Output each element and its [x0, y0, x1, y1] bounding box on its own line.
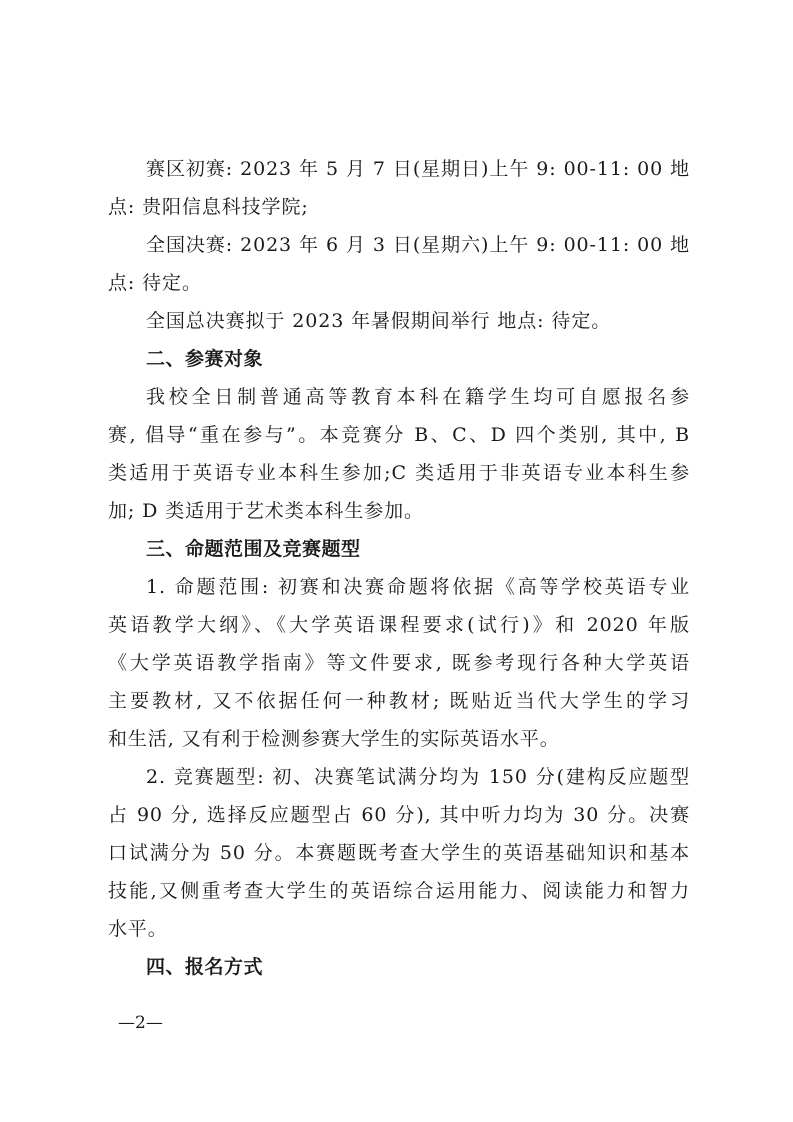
schedule-regional-prelim: 赛区初赛: 2023 年 5 月 7 日(星期日)上午 9: 00-11: 00…: [108, 150, 690, 188]
paragraph-line: 《大学英语教学指南》等文件要求, 既参考现行各种大学英语: [108, 644, 690, 682]
paragraph-line: 水平。: [108, 910, 690, 948]
paragraph-line: 技能,又侧重考查大学生的英语综合运用能力、阅读能力和智力: [108, 872, 690, 910]
paragraph-line: 赛, 倡导“重在参与”。本竞赛分 B、C、D 四个类别, 其中, B: [108, 416, 690, 454]
page-number: —2—: [118, 1013, 163, 1033]
schedule-national-final-location: 点: 待定。: [108, 264, 690, 302]
schedule-grand-final: 全国总决赛拟于 2023 年暑假期间举行 地点: 待定。: [108, 302, 690, 340]
paragraph-line: 类适用于英语专业本科生参加;C 类适用于非英语专业本科生参: [108, 454, 690, 492]
paragraph-line: 加; D 类适用于艺术类本科生参加。: [108, 492, 690, 530]
paragraph-line: 我校全日制普通高等教育本科在籍学生均可自愿报名参: [108, 378, 690, 416]
paragraph-line: 和生活, 又有利于检测参赛大学生的实际英语水平。: [108, 720, 690, 758]
section-heading-scope: 三、命题范围及竞赛题型: [108, 530, 690, 568]
paragraph-line: 1. 命题范围: 初赛和决赛命题将依据《高等学校英语专业: [108, 568, 690, 606]
paragraph-line: 占 90 分, 选择反应题型占 60 分), 其中听力均为 30 分。决赛: [108, 796, 690, 834]
paragraph-line: 英语教学大纲》、《大学英语课程要求(试行)》和 2020 年版: [108, 606, 690, 644]
paragraph-line: 2. 竞赛题型: 初、决赛笔试满分均为 150 分(建构反应题型: [108, 758, 690, 796]
section-heading-registration: 四、报名方式: [108, 948, 690, 986]
schedule-regional-prelim-location: 点: 贵阳信息科技学院;: [108, 188, 690, 226]
schedule-national-final: 全国决赛: 2023 年 6 月 3 日(星期六)上午 9: 00-11: 00…: [108, 226, 690, 264]
paragraph-line: 口试满分为 50 分。本赛题既考查大学生的英语基础知识和基本: [108, 834, 690, 872]
paragraph-line: 主要教材, 又不依据任何一种教材; 既贴近当代大学生的学习: [108, 682, 690, 720]
section-heading-participants: 二、参赛对象: [108, 340, 690, 378]
